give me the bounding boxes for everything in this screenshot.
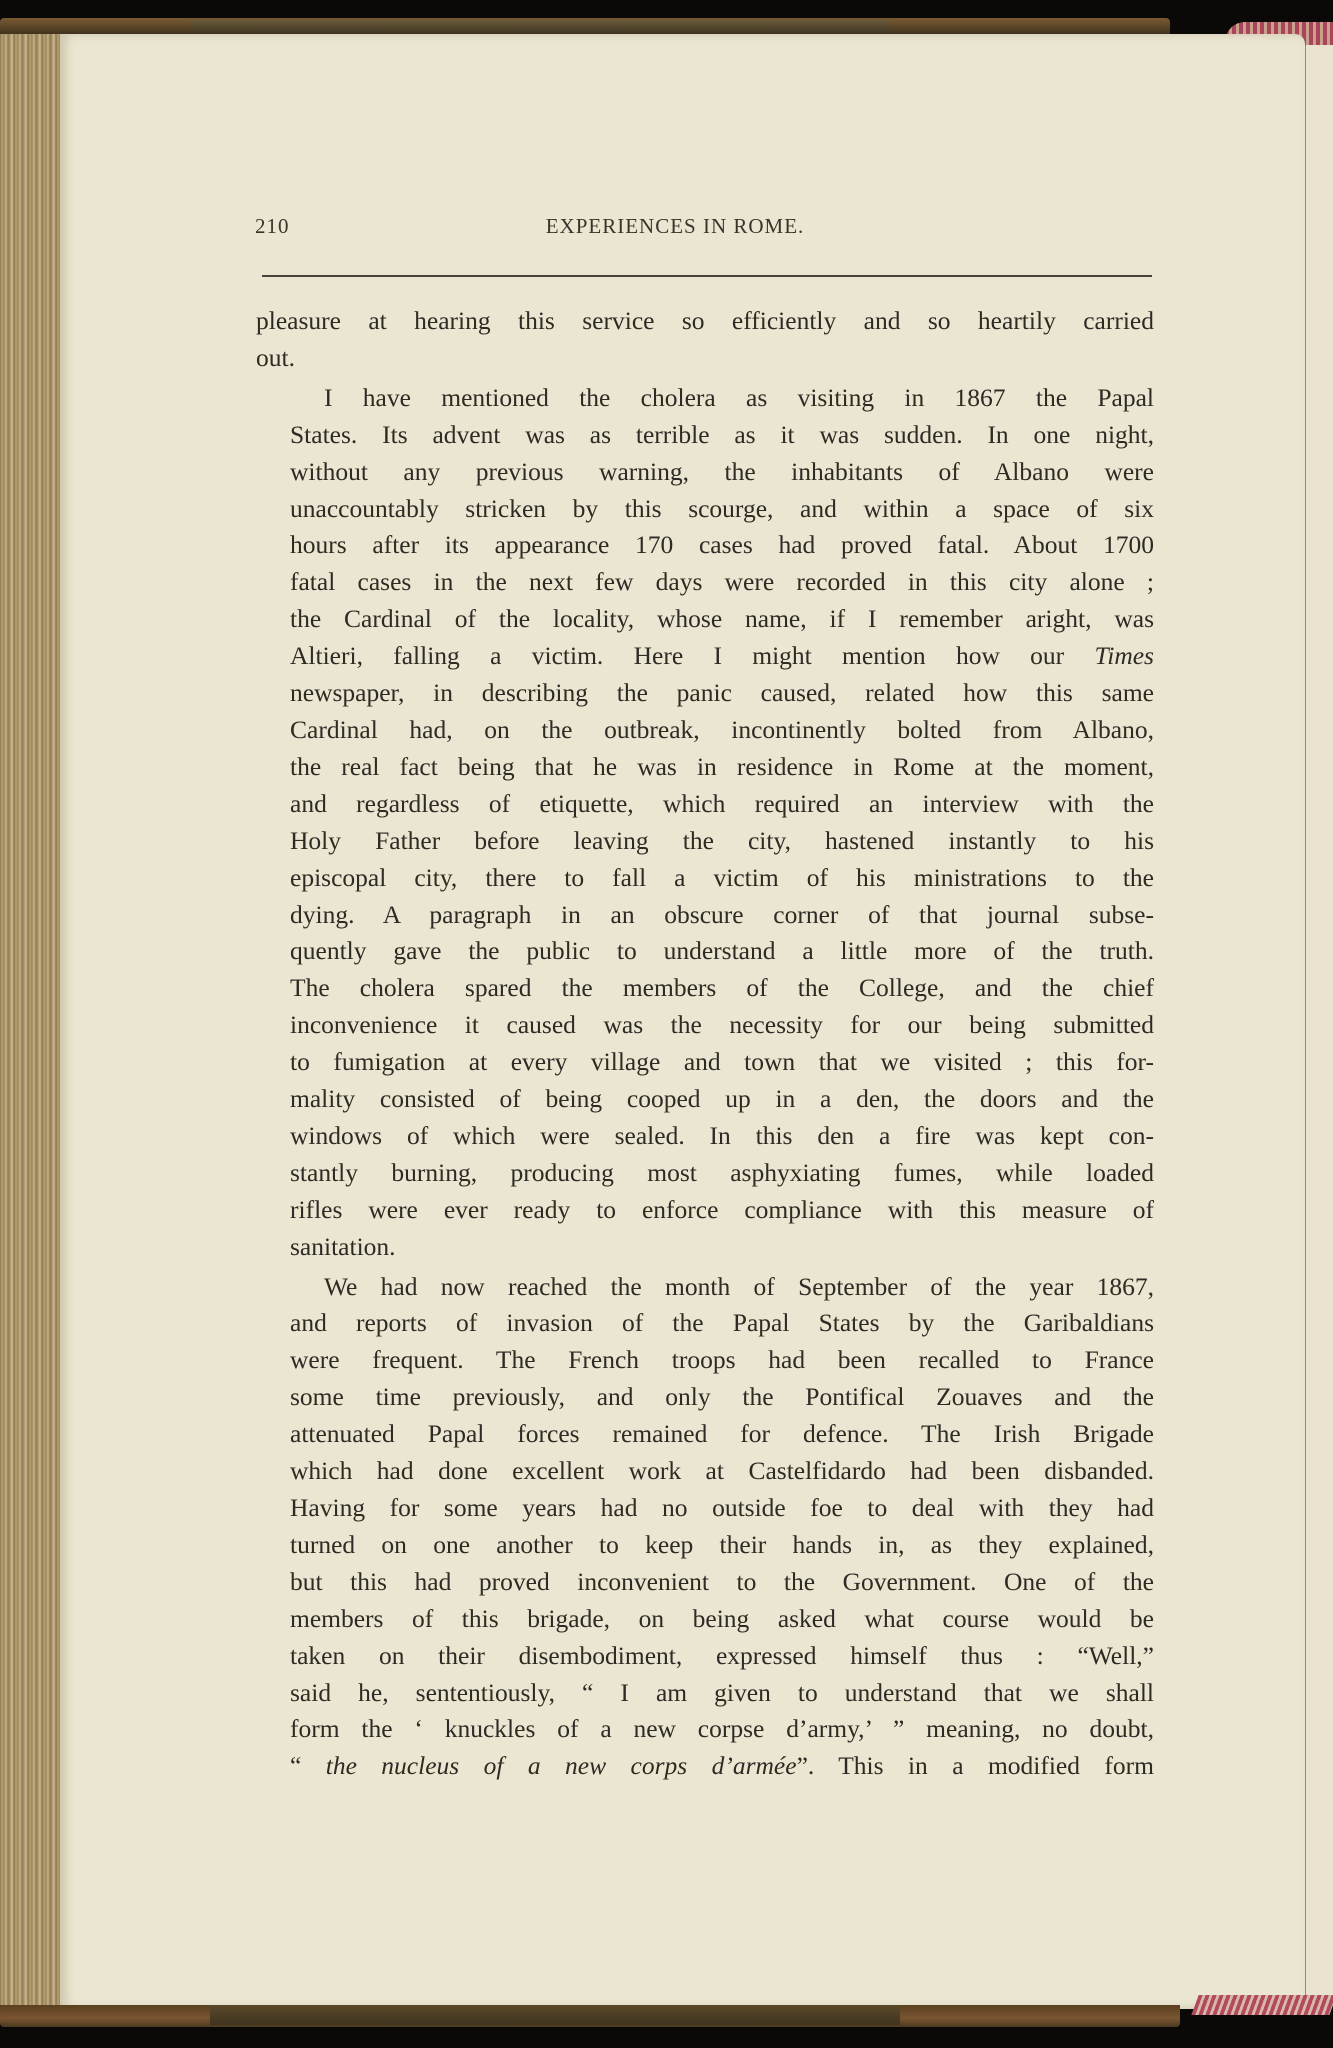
text-line: quently gave the public to understand a … [256,933,1154,970]
text-line: windows of which were sealed. In this de… [256,1118,1154,1155]
text-line: unaccountably stricken by this scourge, … [256,491,1154,528]
page-edges-left [0,34,62,2012]
text-line: the real fact being that he was in resid… [256,749,1154,786]
text-line: taken on their disembodiment, expressed … [256,1638,1154,1675]
running-title: EXPERIENCES IN ROME. [255,214,1155,239]
text-line: without any previous warning, the inhabi… [256,454,1154,491]
header-rule [262,275,1152,277]
text-line: attenuated Papal forces remained for def… [256,1416,1154,1453]
text-line: Cardinal had, on the outbreak, incontine… [256,712,1154,749]
text-line: pleasure at hearing this service so effi… [256,303,1154,340]
italic-times: Times [1094,641,1154,670]
text-line: Holy Father before leaving the city, has… [256,823,1154,860]
text-line: and regardless of etiquette, which requi… [256,786,1154,823]
body-text: pleasure at hearing this service so effi… [256,303,1154,1785]
text-line: “ the nucleus of a new corps d’armée”. T… [256,1748,1154,1785]
text-line: were frequent. The French troops had bee… [256,1342,1154,1379]
binding-spine-bottom [210,2005,900,2025]
open-quote: “ [290,1751,326,1780]
binding-spine-top [190,20,890,34]
facing-page-edge [1305,45,1333,2000]
text-line: Altieri, falling a victim. Here I might … [256,638,1154,675]
text-line: out. [256,340,1154,377]
paragraph-3: We had now reached the month of Septembe… [256,1269,1154,1786]
text-line: We had now reached the month of Septembe… [256,1269,1154,1306]
text-fragment: Altieri, falling a victim. Here I might … [290,641,1094,670]
text-line: The cholera spared the members of the Co… [256,970,1154,1007]
text-line: newspaper, in describing the panic cause… [256,675,1154,712]
text-line: hours after its appearance 170 cases had… [256,527,1154,564]
text-line: form the ‘ knuckles of a new corpse d’ar… [256,1711,1154,1748]
text-line: which had done excellent work at Castelf… [256,1453,1154,1490]
text-line: inconvenience it caused was the necessit… [256,1007,1154,1044]
italic-phrase: the nucleus of a new corps d’armée [326,1751,797,1780]
text-line: rifles were ever ready to enforce compli… [256,1192,1154,1229]
text-line: but this had proved inconvenient to the … [256,1564,1154,1601]
text-line: I have mentioned the cholera as visiting… [256,380,1154,417]
text-line: the Cardinal of the locality, whose name… [256,601,1154,638]
text-line: some time previously, and only the Ponti… [256,1379,1154,1416]
text-line: dying. A paragraph in an obscure corner … [256,897,1154,934]
text-line: said he, sententiously, “ I am given to … [256,1675,1154,1712]
text-line: and reports of invasion of the Papal Sta… [256,1305,1154,1342]
text-line: mality consisted of being cooped up in a… [256,1081,1154,1118]
text-line: States. Its advent was as terrible as it… [256,417,1154,454]
running-head: 210 EXPERIENCES IN ROME. [255,214,1155,244]
text-line: turned on one another to keep their hand… [256,1527,1154,1564]
text-line: to fumigation at every village and town … [256,1044,1154,1081]
text-line: episcopal city, there to fall a victim o… [256,860,1154,897]
paragraph-1: pleasure at hearing this service so effi… [256,303,1154,377]
text-line: fatal cases in the next few days were re… [256,564,1154,601]
book-binding-bottom [0,2005,1180,2027]
paragraph-2: I have mentioned the cholera as visiting… [256,380,1154,1266]
text-line: sanitation. [256,1229,1154,1266]
text-line: stantly burning, producing most asphyxia… [256,1155,1154,1192]
text-fragment: ”. This in a modified form [797,1751,1154,1780]
text-line: Having for some years had no outside foe… [256,1490,1154,1527]
headband-bottom [1191,1995,1333,2015]
text-line: members of this brigade, on being asked … [256,1601,1154,1638]
